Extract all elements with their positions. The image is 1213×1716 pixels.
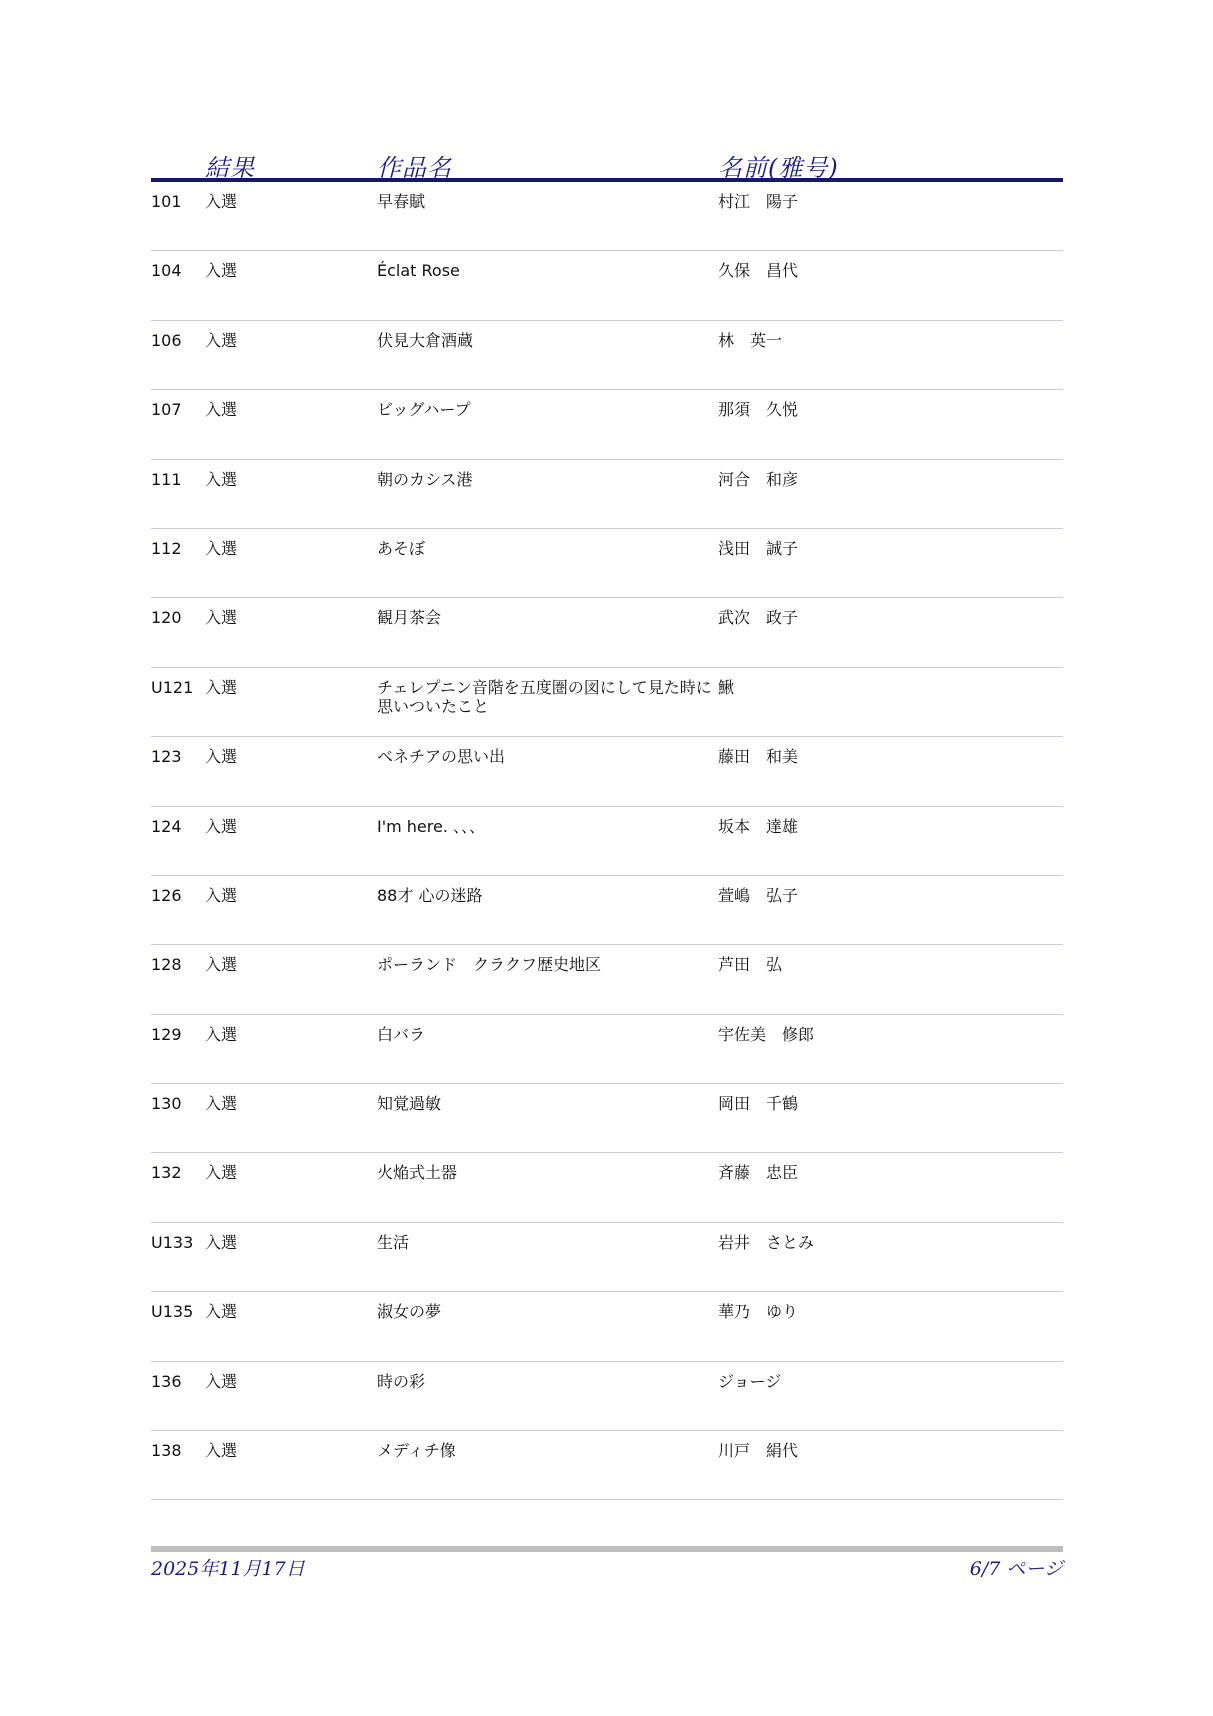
footer-date: 2025年11月17日 — [151, 1554, 305, 1581]
entry-result: 入選 — [205, 747, 237, 766]
entry-name: 浅田 誠子 — [718, 539, 798, 558]
entry-title: ベネチアの思い出 — [377, 747, 712, 766]
entry-title: 観月茶会 — [377, 608, 712, 627]
entry-name: 武次 政子 — [718, 608, 798, 627]
entry-title: 生活 — [377, 1233, 712, 1252]
entry-number: 111 — [151, 470, 182, 489]
table-row: 112入選あそぼ浅田 誠子 — [151, 529, 1063, 598]
table-row: 128入選ポーランド クラクフ歴史地区芦田 弘 — [151, 945, 1063, 1014]
entry-result: 入選 — [205, 955, 237, 974]
entry-name: ジョージ — [718, 1372, 781, 1391]
entry-name: 斉藤 忠臣 — [718, 1163, 798, 1182]
entry-title: ポーランド クラクフ歴史地区 — [377, 955, 712, 974]
entry-result: 入選 — [205, 1302, 237, 1321]
entry-result: 入選 — [205, 608, 237, 627]
entry-name: 川戸 絹代 — [718, 1441, 798, 1460]
entry-number: 120 — [151, 608, 182, 627]
entry-name: 村江 陽子 — [718, 192, 798, 211]
entry-name: 芦田 弘 — [718, 955, 782, 974]
table-row: 126入選88才 心の迷路萱嶋 弘子 — [151, 876, 1063, 945]
entry-title: チェレプニン音階を五度圏の図にして見た時に思いついたこと — [377, 678, 712, 716]
entry-number: 112 — [151, 539, 182, 558]
table-row: 123入選ベネチアの思い出藤田 和美 — [151, 737, 1063, 806]
table-row: 104入選Éclat Rose久保 昌代 — [151, 251, 1063, 320]
entry-title: ビッグハープ — [377, 400, 712, 419]
entry-title: 早春賦 — [377, 192, 712, 211]
entry-number: 138 — [151, 1441, 182, 1460]
table-row: U135入選淑女の夢華乃 ゆり — [151, 1292, 1063, 1361]
table-row: 120入選観月茶会武次 政子 — [151, 598, 1063, 667]
entry-number: 106 — [151, 331, 182, 350]
entry-title: 朝のカシス港 — [377, 470, 712, 489]
entry-result: 入選 — [205, 1163, 237, 1182]
entry-number: 136 — [151, 1372, 182, 1391]
entry-result: 入選 — [205, 470, 237, 489]
table-row: 130入選知覚過敏岡田 千鶴 — [151, 1084, 1063, 1153]
entry-result: 入選 — [205, 1025, 237, 1044]
entry-title: Éclat Rose — [377, 261, 712, 280]
table-row: 124入選I'm here. 、、、坂本 達雄 — [151, 807, 1063, 876]
table-row: 111入選朝のカシス港河合 和彦 — [151, 460, 1063, 529]
entry-result: 入選 — [205, 817, 237, 836]
entry-result: 入選 — [205, 1441, 237, 1460]
entry-name: 華乃 ゆり — [718, 1302, 798, 1321]
table-row: 138入選メディチ像川戸 絹代 — [151, 1431, 1063, 1500]
entry-title: 火焔式土器 — [377, 1163, 712, 1182]
entry-name: 那須 久悦 — [718, 400, 798, 419]
entry-number: 104 — [151, 261, 182, 280]
document-page: 結果 作品名 名前(雅号) 101入選早春賦村江 陽子 104入選Éclat R… — [151, 0, 1063, 1716]
table-row: U133入選生活岩井 さとみ — [151, 1223, 1063, 1292]
entry-number: 124 — [151, 817, 182, 836]
entry-name: 岡田 千鶴 — [718, 1094, 798, 1113]
entry-number: U121 — [151, 678, 193, 697]
entry-result: 入選 — [205, 1094, 237, 1113]
entry-number: 123 — [151, 747, 182, 766]
entry-number: 101 — [151, 192, 182, 211]
footer-rule — [151, 1546, 1063, 1552]
entry-result: 入選 — [205, 192, 237, 211]
entry-result: 入選 — [205, 1233, 237, 1252]
entry-name: 河合 和彦 — [718, 470, 798, 489]
table-row: 106入選伏見大倉酒蔵林 英一 — [151, 321, 1063, 390]
entry-name: 宇佐美 修郎 — [718, 1025, 814, 1044]
entry-number: 107 — [151, 400, 182, 419]
entry-name: 坂本 達雄 — [718, 817, 798, 836]
results-table: 101入選早春賦村江 陽子 104入選Éclat Rose久保 昌代 106入選… — [151, 182, 1063, 1500]
entry-result: 入選 — [205, 400, 237, 419]
entry-number: 129 — [151, 1025, 182, 1044]
table-header: 結果 作品名 名前(雅号) — [151, 148, 1063, 178]
table-row: U121入選チェレプニン音階を五度圏の図にして見た時に思いついたこと鰍 — [151, 668, 1063, 737]
entry-name: 鰍 — [718, 678, 734, 697]
entry-title: 淑女の夢 — [377, 1302, 712, 1321]
table-row: 136入選時の彩ジョージ — [151, 1362, 1063, 1431]
table-row: 101入選早春賦村江 陽子 — [151, 182, 1063, 251]
entry-result: 入選 — [205, 1372, 237, 1391]
entry-result: 入選 — [205, 331, 237, 350]
entry-title: 時の彩 — [377, 1372, 712, 1391]
entry-result: 入選 — [205, 261, 237, 280]
entry-name: 藤田 和美 — [718, 747, 798, 766]
entry-number: 126 — [151, 886, 182, 905]
entry-name: 久保 昌代 — [718, 261, 798, 280]
entry-title: 88才 心の迷路 — [377, 886, 712, 905]
table-row: 129入選白バラ宇佐美 修郎 — [151, 1015, 1063, 1084]
entry-title: 知覚過敏 — [377, 1094, 712, 1113]
entry-result: 入選 — [205, 539, 237, 558]
entry-result: 入選 — [205, 886, 237, 905]
entry-result: 入選 — [205, 678, 237, 697]
entry-title: あそぼ — [377, 539, 712, 558]
entry-title: 伏見大倉酒蔵 — [377, 331, 712, 350]
page-number: 6/7 ページ — [970, 1554, 1063, 1581]
table-row: 107入選ビッグハープ那須 久悦 — [151, 390, 1063, 459]
entry-number: 132 — [151, 1163, 182, 1182]
entry-title: I'm here. 、、、 — [377, 817, 712, 836]
entry-number: U135 — [151, 1302, 193, 1321]
entry-name: 林 英一 — [718, 331, 782, 350]
entry-title: メディチ像 — [377, 1441, 712, 1460]
entry-name: 萱嶋 弘子 — [718, 886, 798, 905]
entry-number: 130 — [151, 1094, 182, 1113]
entry-number: U133 — [151, 1233, 193, 1252]
entry-title: 白バラ — [377, 1025, 712, 1044]
table-row: 132入選火焔式土器斉藤 忠臣 — [151, 1153, 1063, 1222]
entry-number: 128 — [151, 955, 182, 974]
entry-name: 岩井 さとみ — [718, 1233, 814, 1252]
